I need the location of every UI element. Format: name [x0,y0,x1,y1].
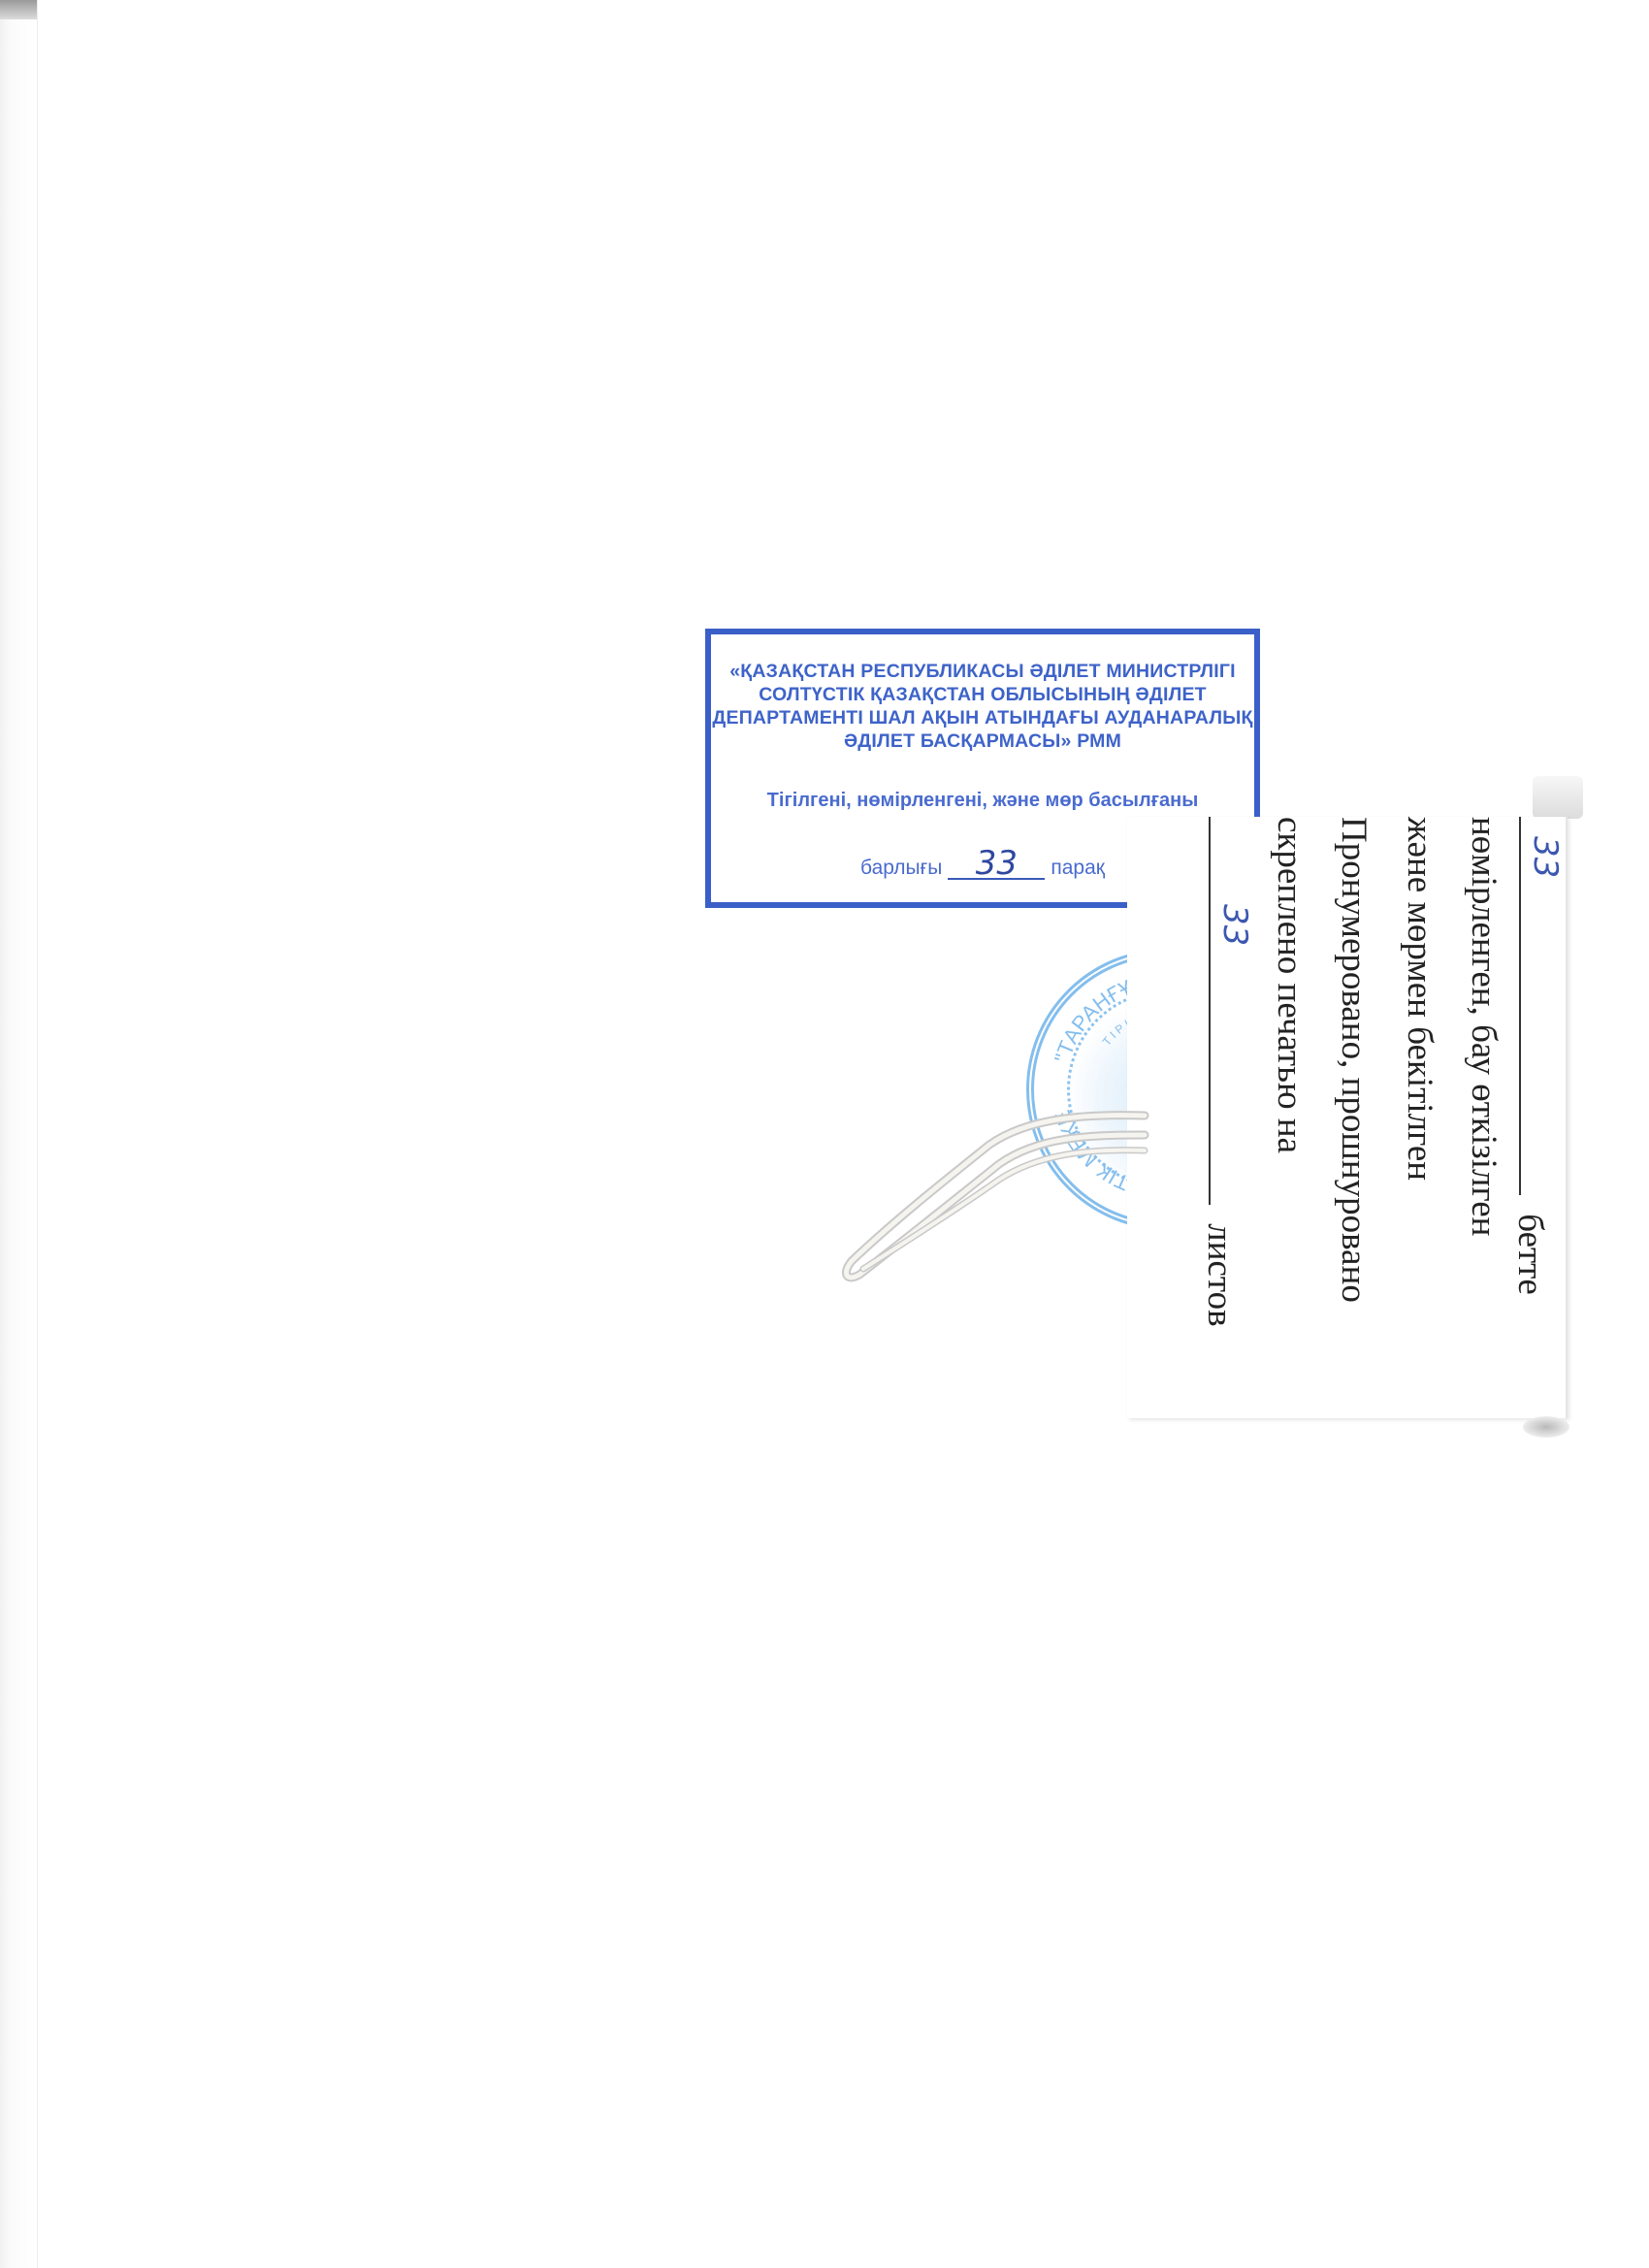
stamp-org-line: ӘДІЛЕТ БАСҚАРМАСЫ» РММ [711,729,1254,753]
label-row-count-kz: 33 бетте [1512,817,1556,1295]
label-suffix-ru: листов [1200,1223,1240,1326]
page-corner-shadow [0,0,37,19]
label-line-ru-2: скреплено печатью на [1272,817,1308,1153]
binding-label-text: 33 бетте нөмірленген, бау өткізілген жән… [1127,817,1566,1418]
stamp-total-prefix: барлығы [860,857,942,880]
stamp-total-value: 33 [948,849,1045,880]
label-line-kz-2: нөмірленген, бау өткізілген [1466,817,1502,1236]
stamp-organization: «ҚАЗАҚСТАН РЕСПУБЛИКАСЫ ӘДІЛЕТ МИНИСТРЛІ… [711,660,1254,753]
label-fold-top [1533,776,1583,819]
binding-thread-icon [834,1067,1154,1300]
label-fold-bottom [1523,1416,1569,1438]
label-count-kz: 33 [1529,836,1562,878]
stamp-total-suffix: парақ [1051,857,1105,880]
stamp-subtitle: Тігілгені, нөмірленгені, және мөр басылғ… [711,790,1254,812]
label-count-ru: 33 [1218,904,1251,946]
stamp-org-line: «ҚАЗАҚСТАН РЕСПУБЛИКАСЫ ӘДІЛЕТ МИНИСТРЛІ… [711,660,1254,683]
label-row-count-ru: 33 листов [1202,817,1245,1327]
label-line-ru-1: Пронумеровано, прошнуровано [1336,817,1372,1303]
stamp-org-line: ДЕПАРТАМЕНТІ ШАЛ АҚЫН АТЫНДАҒЫ АУДАНАРАЛ… [711,706,1254,729]
page-stack-edge [0,0,38,2268]
label-suffix-kz: бетте [1510,1214,1550,1295]
label-line-kz-3: және мөрмен бекітілген [1402,817,1438,1181]
stamp-org-line: СОЛТҮСТІК ҚАЗАҚСТАН ОБЛЫСЫНЫҢ ӘДІЛЕТ [711,683,1254,706]
